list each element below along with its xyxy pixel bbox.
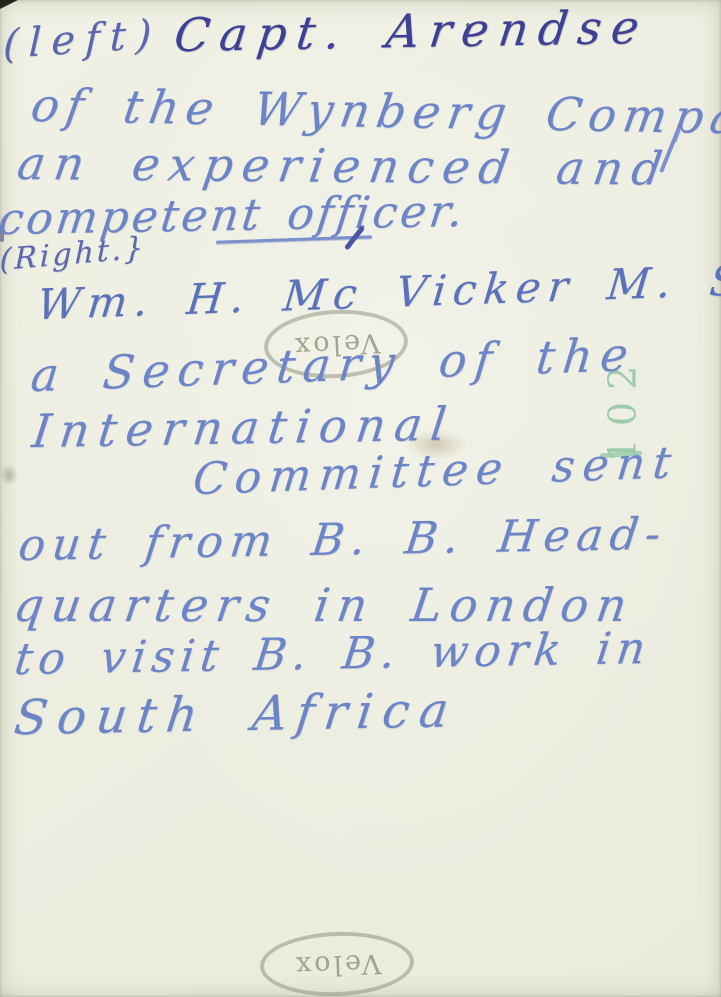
handwritten-line-company: of the Wynberg Company — [27, 78, 721, 146]
handwritten-line-captain-name: Capt. Arendse — [171, 0, 652, 62]
photo-verso-card: Velox Velox 102 (left) Capt. Arendse of … — [0, 0, 721, 997]
velox-stamp-bottom: Velox — [259, 929, 415, 997]
handwritten-line-headquarters-1: out from B. B. Head- — [16, 509, 670, 571]
corner-tear-mark — [0, 0, 18, 9]
gray-smudge — [0, 464, 18, 486]
handwritten-line-south-africa: South Africa — [11, 682, 461, 746]
velox-stamp-bottom-text: Velox — [292, 947, 381, 981]
handwritten-line-experienced: an experienced and — [14, 136, 675, 196]
handwritten-line-secretary: a Secretary of the — [28, 327, 638, 402]
handwritten-line-left-label: (left) — [2, 11, 162, 68]
handwritten-line-visit-work: to visit B. B. work in — [12, 623, 654, 685]
